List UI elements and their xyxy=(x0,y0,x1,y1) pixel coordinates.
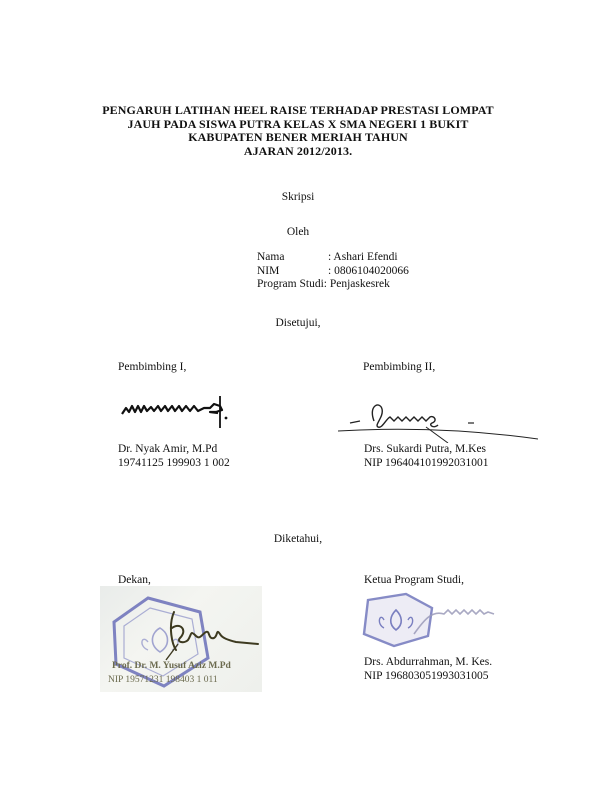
dean-name: Prof. Dr. M. Yusuf Aziz M.Pd xyxy=(112,661,231,671)
document-type: Skripsi xyxy=(0,191,596,203)
supervisor-2-signature xyxy=(338,395,538,443)
name-value: : Ashari Efendi xyxy=(328,251,398,265)
supervisor-2-id: NIP 196404101992031001 xyxy=(364,457,488,471)
program-value: : Penjaskesrek xyxy=(324,278,390,292)
supervisor-2-name: Drs. Sukardi Putra, M.Kes xyxy=(364,443,486,457)
acknowledged-label: Diketahui, xyxy=(0,533,596,545)
title-line-1: PENGARUH LATIHAN HEEL RAISE TERHADAP PRE… xyxy=(0,104,596,118)
title-line-3: KABUPATEN BENER MERIAH TAHUN xyxy=(0,131,596,145)
dean-id: NIP 19571231 198403 1 011 xyxy=(108,675,218,685)
author-nim-row: NIM : 0806104020066 xyxy=(257,265,409,279)
dean-signature xyxy=(158,604,262,664)
author-name-row: Nama : Ashari Efendi xyxy=(257,251,409,265)
program-head-id: NIP 196803051993031005 xyxy=(364,670,488,684)
program-stamp-icon xyxy=(354,590,524,650)
title-line-2: JAUH PADA SISWA PUTRA KELAS X SMA NEGERI… xyxy=(0,118,596,132)
approved-label: Disetujui, xyxy=(0,317,596,329)
program-label: Program Studi xyxy=(257,278,324,292)
thesis-title: PENGARUH LATIHAN HEEL RAISE TERHADAP PRE… xyxy=(0,104,596,158)
author-info: Nama : Ashari Efendi NIM : 0806104020066… xyxy=(257,251,409,292)
program-head-name: Drs. Abdurrahman, M. Kes. xyxy=(364,656,492,670)
program-head-role: Ketua Program Studi, xyxy=(364,574,464,588)
nim-value: : 0806104020066 xyxy=(328,265,409,279)
supervisor-1-name: Dr. Nyak Amir, M.Pd xyxy=(118,443,217,457)
by-label: Oleh xyxy=(0,226,596,238)
nim-label: NIM xyxy=(257,265,328,279)
dean-signature-photo: Prof. Dr. M. Yusuf Aziz M.Pd NIP 1957123… xyxy=(100,586,262,692)
supervisor-1-role: Pembimbing I, xyxy=(118,361,186,375)
supervisor-2-role: Pembimbing II, xyxy=(363,361,435,375)
title-line-4: AJARAN 2012/2013. xyxy=(0,145,596,159)
supervisor-1-id: 19741125 199903 1 002 xyxy=(118,457,230,471)
author-program-row: Program Studi : Penjaskesrek xyxy=(257,278,409,292)
name-label: Nama xyxy=(257,251,328,265)
supervisor-1-signature xyxy=(118,392,258,432)
